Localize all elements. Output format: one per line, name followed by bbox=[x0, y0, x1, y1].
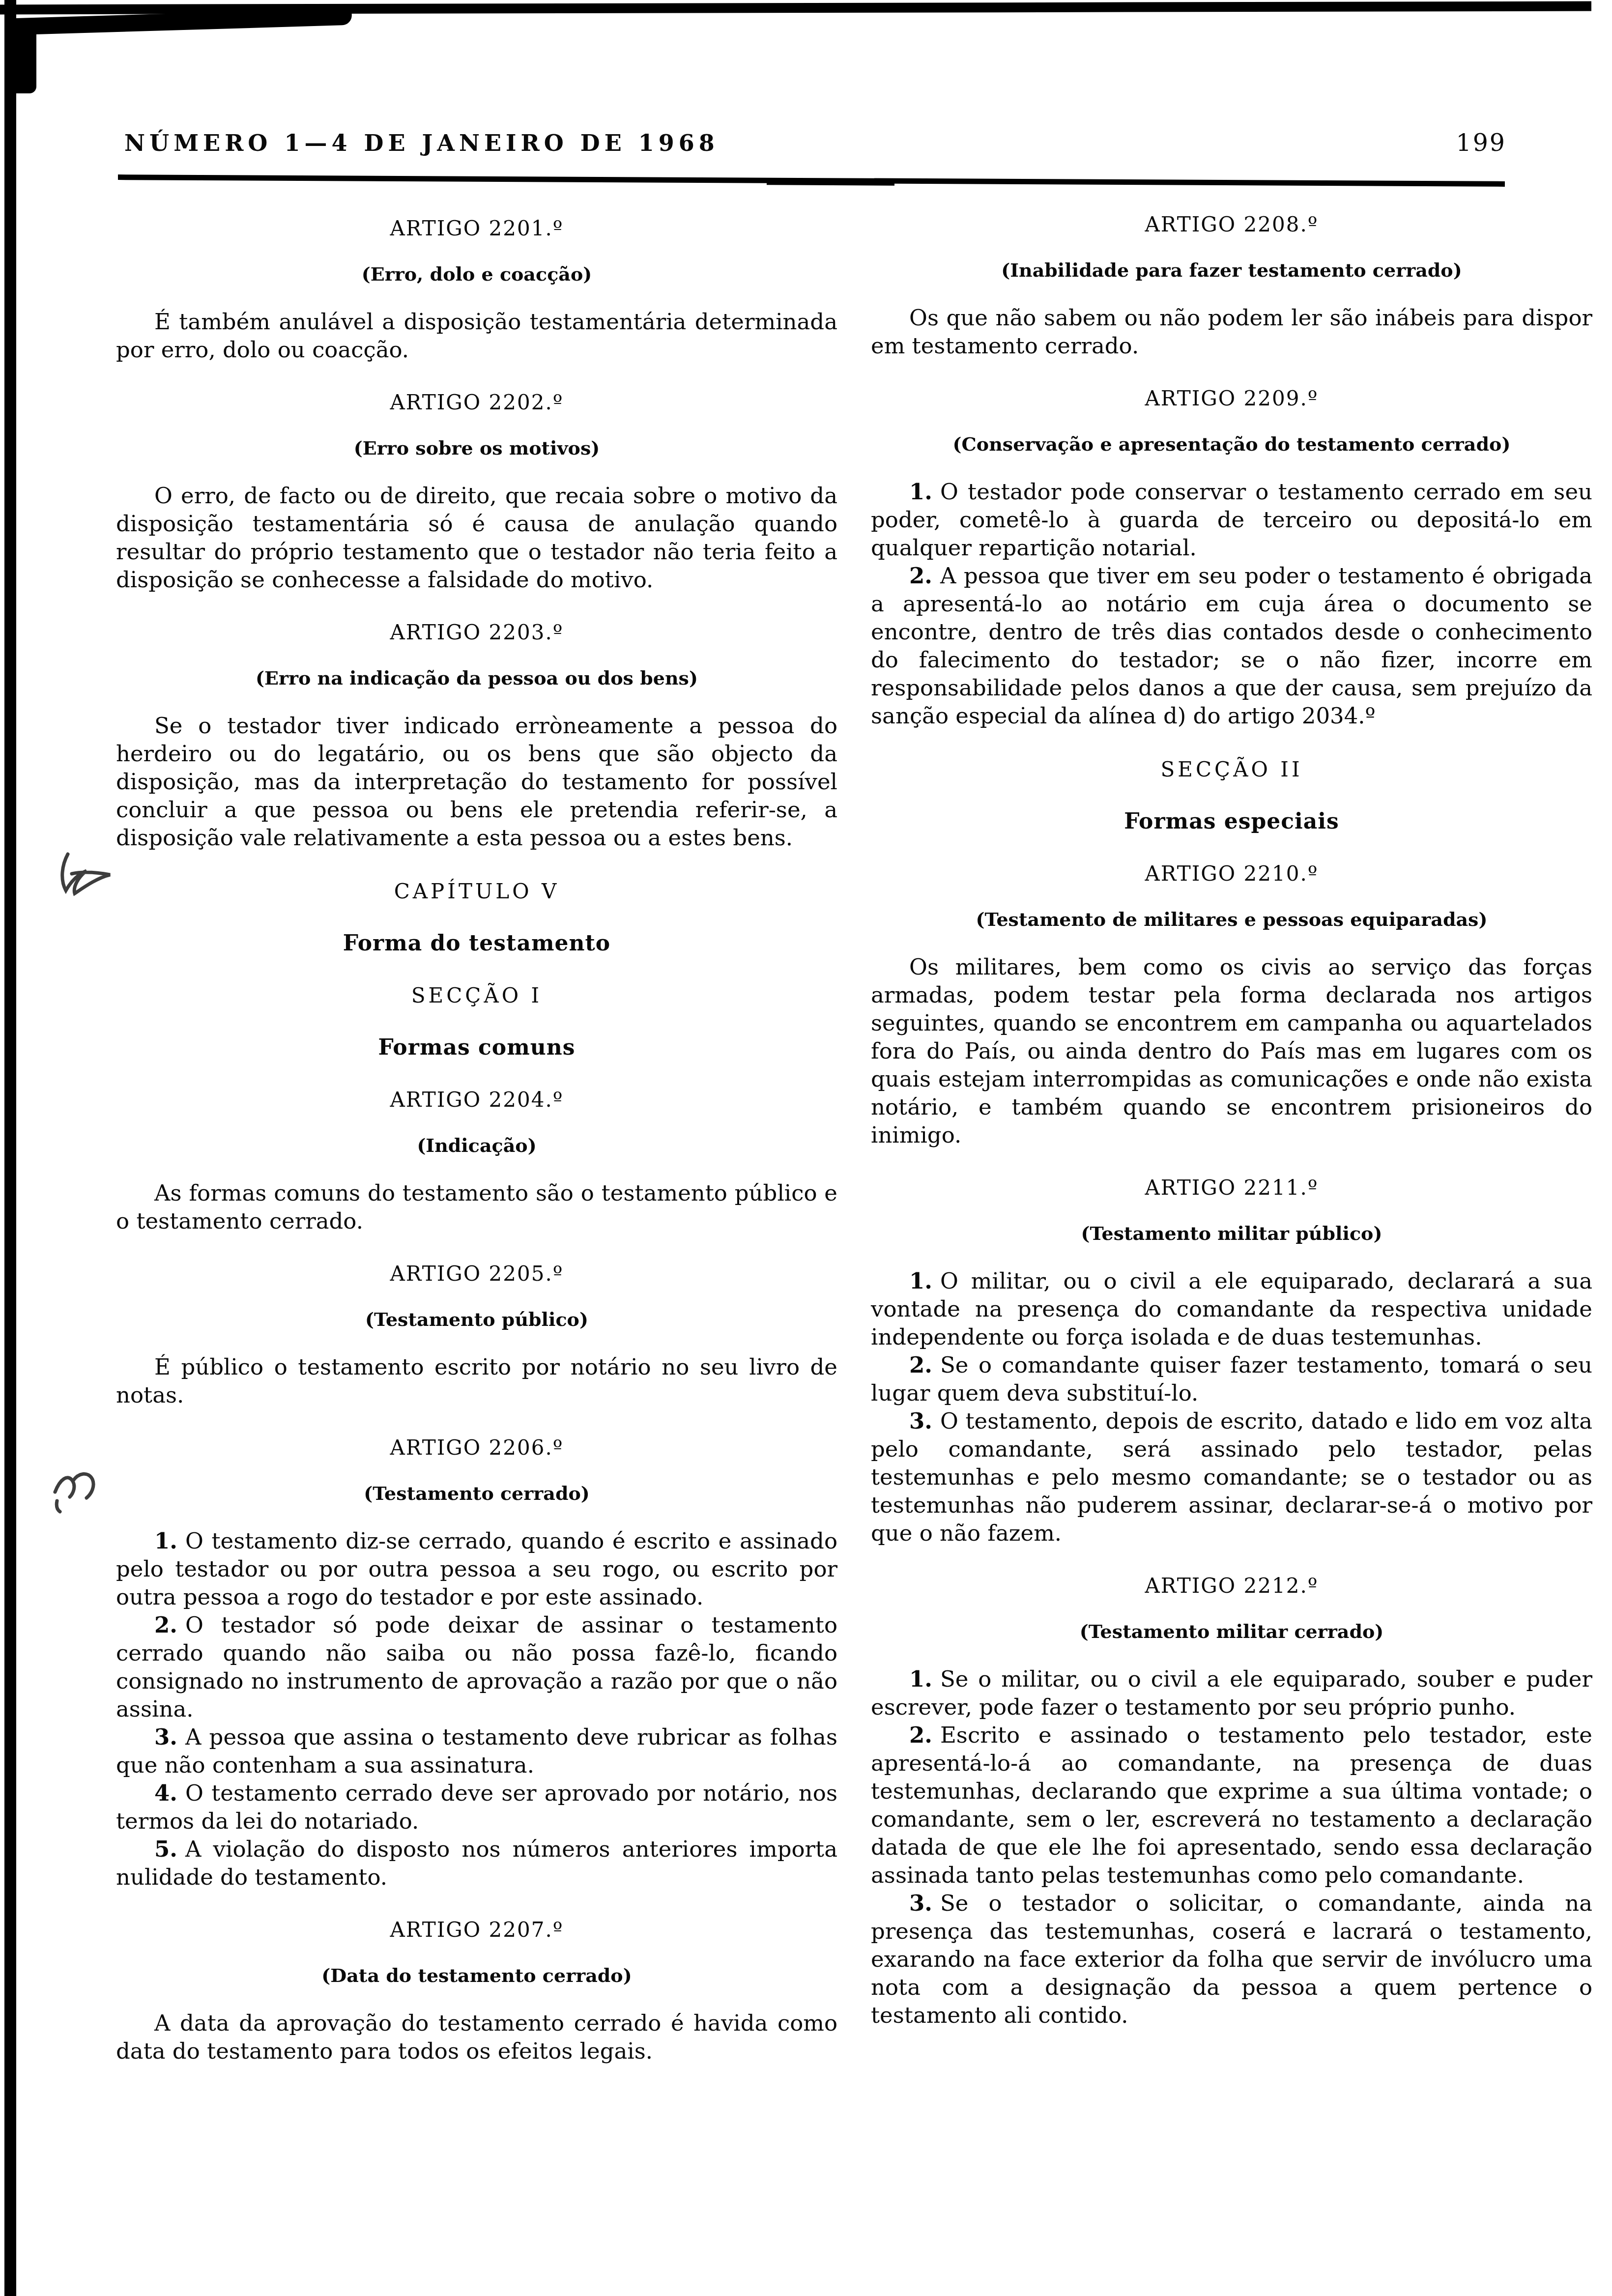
paragraph-number: 3. bbox=[909, 1408, 932, 1434]
numbered-paragraph: 1.O testador pode conservar o testamento… bbox=[871, 478, 1592, 562]
paragraph-number: 1. bbox=[154, 1528, 177, 1554]
paragraph: As formas comuns do testamento são o tes… bbox=[116, 1179, 837, 1235]
paragraph-number: 1. bbox=[909, 1666, 932, 1692]
paragraph-text: O testamento diz-se cerrado, quando é es… bbox=[116, 1528, 837, 1610]
paragraph-number: 5. bbox=[154, 1836, 177, 1862]
paragraph-text: Se o comandante quiser fazer testamento,… bbox=[871, 1352, 1592, 1406]
chapter-heading: CAPÍTULO V bbox=[116, 879, 837, 903]
article-caption: (Testamento militar cerrado) bbox=[871, 1620, 1592, 1642]
paragraph-text: Escrito e assinado o testamento pelo tes… bbox=[871, 1722, 1592, 1888]
article-heading: ARTIGO 2212.º bbox=[871, 1574, 1592, 1598]
issue-title: NÚMERO 1—4 DE JANEIRO DE 1968 bbox=[124, 130, 719, 156]
paragraph-number: 1. bbox=[909, 479, 932, 505]
page-number: 199 bbox=[1456, 129, 1506, 157]
article-caption: (Testamento militar público) bbox=[871, 1222, 1592, 1244]
article-heading: ARTIGO 2206.º bbox=[116, 1435, 837, 1460]
numbered-paragraph: 5.A violação do disposto nos números ant… bbox=[116, 1835, 837, 1891]
article-heading: ARTIGO 2201.º bbox=[116, 216, 837, 240]
article-heading: ARTIGO 2203.º bbox=[116, 620, 837, 644]
article-heading: ARTIGO 2211.º bbox=[871, 1176, 1592, 1200]
section-heading: SECÇÃO I bbox=[116, 983, 837, 1007]
paragraph: É público o testamento escrito por notár… bbox=[116, 1353, 837, 1409]
paragraph: A data da aprovação do testamento cerrad… bbox=[116, 2009, 837, 2065]
article-heading: ARTIGO 2208.º bbox=[871, 212, 1592, 236]
numbered-paragraph: 2.Escrito e assinado o testamento pelo t… bbox=[871, 1721, 1592, 1889]
header-rule-fragment bbox=[767, 182, 894, 185]
paragraph-text: O militar, ou o civil a ele equiparado, … bbox=[871, 1268, 1592, 1350]
section-title: Forma do testamento bbox=[116, 931, 837, 956]
paragraph-text: Se o militar, ou o civil a ele equiparad… bbox=[871, 1666, 1592, 1720]
paragraph-text: O testamento, depois de escrito, datado … bbox=[871, 1408, 1592, 1546]
paragraph: O erro, de facto ou de direito, que reca… bbox=[116, 482, 837, 594]
paragraph-text: A pessoa que tiver em seu poder o testam… bbox=[871, 563, 1592, 729]
section-heading: SECÇÃO II bbox=[871, 757, 1592, 781]
article-heading: ARTIGO 2207.º bbox=[116, 1918, 837, 1942]
article-heading: ARTIGO 2210.º bbox=[871, 861, 1592, 886]
paragraph-text: A violação do disposto nos números anter… bbox=[116, 1836, 837, 1890]
numbered-paragraph: 3.Se o testador o solicitar, o comandant… bbox=[871, 1889, 1592, 2029]
scan-edge-left-artifact bbox=[4, 0, 16, 2296]
right-column: ARTIGO 2208.º (Inabilidade para fazer te… bbox=[871, 212, 1592, 2029]
article-heading: ARTIGO 2204.º bbox=[116, 1088, 837, 1112]
article-heading: ARTIGO 2209.º bbox=[871, 386, 1592, 410]
left-column: ARTIGO 2201.º (Erro, dolo e coacção) É t… bbox=[116, 216, 837, 2065]
numbered-paragraph: 2.O testador só pode deixar de assinar o… bbox=[116, 1611, 837, 1723]
paragraph-text: Se o testador o solicitar, o comandante,… bbox=[871, 1890, 1592, 2028]
article-caption: (Erro na indicação da pessoa ou dos bens… bbox=[116, 667, 837, 689]
article-caption: (Erro sobre os motivos) bbox=[116, 437, 837, 459]
numbered-paragraph: 4.O testamento cerrado deve ser aprovado… bbox=[116, 1779, 837, 1835]
paragraph-number: 2. bbox=[909, 1352, 932, 1378]
numbered-paragraph: 1.O militar, ou o civil a ele equiparado… bbox=[871, 1267, 1592, 1351]
numbered-paragraph: 2.Se o comandante quiser fazer testament… bbox=[871, 1351, 1592, 1407]
numbered-paragraph: 3.O testamento, depois de escrito, datad… bbox=[871, 1407, 1592, 1547]
article-caption: (Testamento cerrado) bbox=[116, 1482, 837, 1504]
section-title: Formas especiais bbox=[871, 809, 1592, 834]
article-caption: (Conservação e apresentação do testament… bbox=[871, 433, 1592, 455]
paragraph: É também anulável a disposição testament… bbox=[116, 308, 837, 364]
paragraph-number: 3. bbox=[154, 1724, 177, 1750]
numbered-paragraph: 2.A pessoa que tiver em seu poder o test… bbox=[871, 562, 1592, 730]
article-caption: (Testamento de militares e pessoas equip… bbox=[871, 908, 1592, 930]
paragraph-number: 3. bbox=[909, 1890, 932, 1916]
article-caption: (Data do testamento cerrado) bbox=[116, 1964, 837, 1986]
article-heading: ARTIGO 2205.º bbox=[116, 1262, 837, 1286]
article-caption: (Indicação) bbox=[116, 1134, 837, 1156]
section-title: Formas comuns bbox=[116, 1035, 837, 1060]
article-heading: ARTIGO 2202.º bbox=[116, 390, 837, 414]
numbered-paragraph: 3.A pessoa que assina o testamento deve … bbox=[116, 1723, 837, 1779]
numbered-paragraph: 1.Se o militar, ou o civil a ele equipar… bbox=[871, 1665, 1592, 1721]
paragraph-text: O testamento cerrado deve ser aprovado p… bbox=[116, 1780, 837, 1834]
page-header: NÚMERO 1—4 DE JANEIRO DE 1968 199 bbox=[124, 129, 1506, 157]
paragraph-number: 2. bbox=[909, 1722, 932, 1748]
pencil-mark bbox=[51, 1464, 125, 1514]
article-caption: (Testamento público) bbox=[116, 1308, 837, 1330]
paragraph: Os que não sabem ou não podem ler são in… bbox=[871, 304, 1592, 360]
numbered-paragraph: 1.O testamento diz-se cerrado, quando é … bbox=[116, 1527, 837, 1611]
paragraph-number: 1. bbox=[909, 1268, 932, 1294]
paragraph-number: 2. bbox=[909, 563, 932, 589]
paragraph-text: O testador pode conservar o testamento c… bbox=[871, 479, 1592, 561]
article-caption: (Inabilidade para fazer testamento cerra… bbox=[871, 259, 1592, 281]
paragraph-number: 4. bbox=[154, 1780, 177, 1806]
article-caption: (Erro, dolo e coacção) bbox=[116, 263, 837, 285]
pencil-mark bbox=[55, 845, 119, 899]
scan-edge-corner-artifact bbox=[15, 20, 36, 93]
paragraph-text: O testador só pode deixar de assinar o t… bbox=[116, 1612, 837, 1722]
paragraph-text: A pessoa que assina o testamento deve ru… bbox=[116, 1724, 837, 1778]
paragraph-number: 2. bbox=[154, 1612, 177, 1638]
paragraph: Os militares, bem como os civis ao servi… bbox=[871, 953, 1592, 1149]
paragraph: Se o testador tiver indicado erròneament… bbox=[116, 712, 837, 852]
